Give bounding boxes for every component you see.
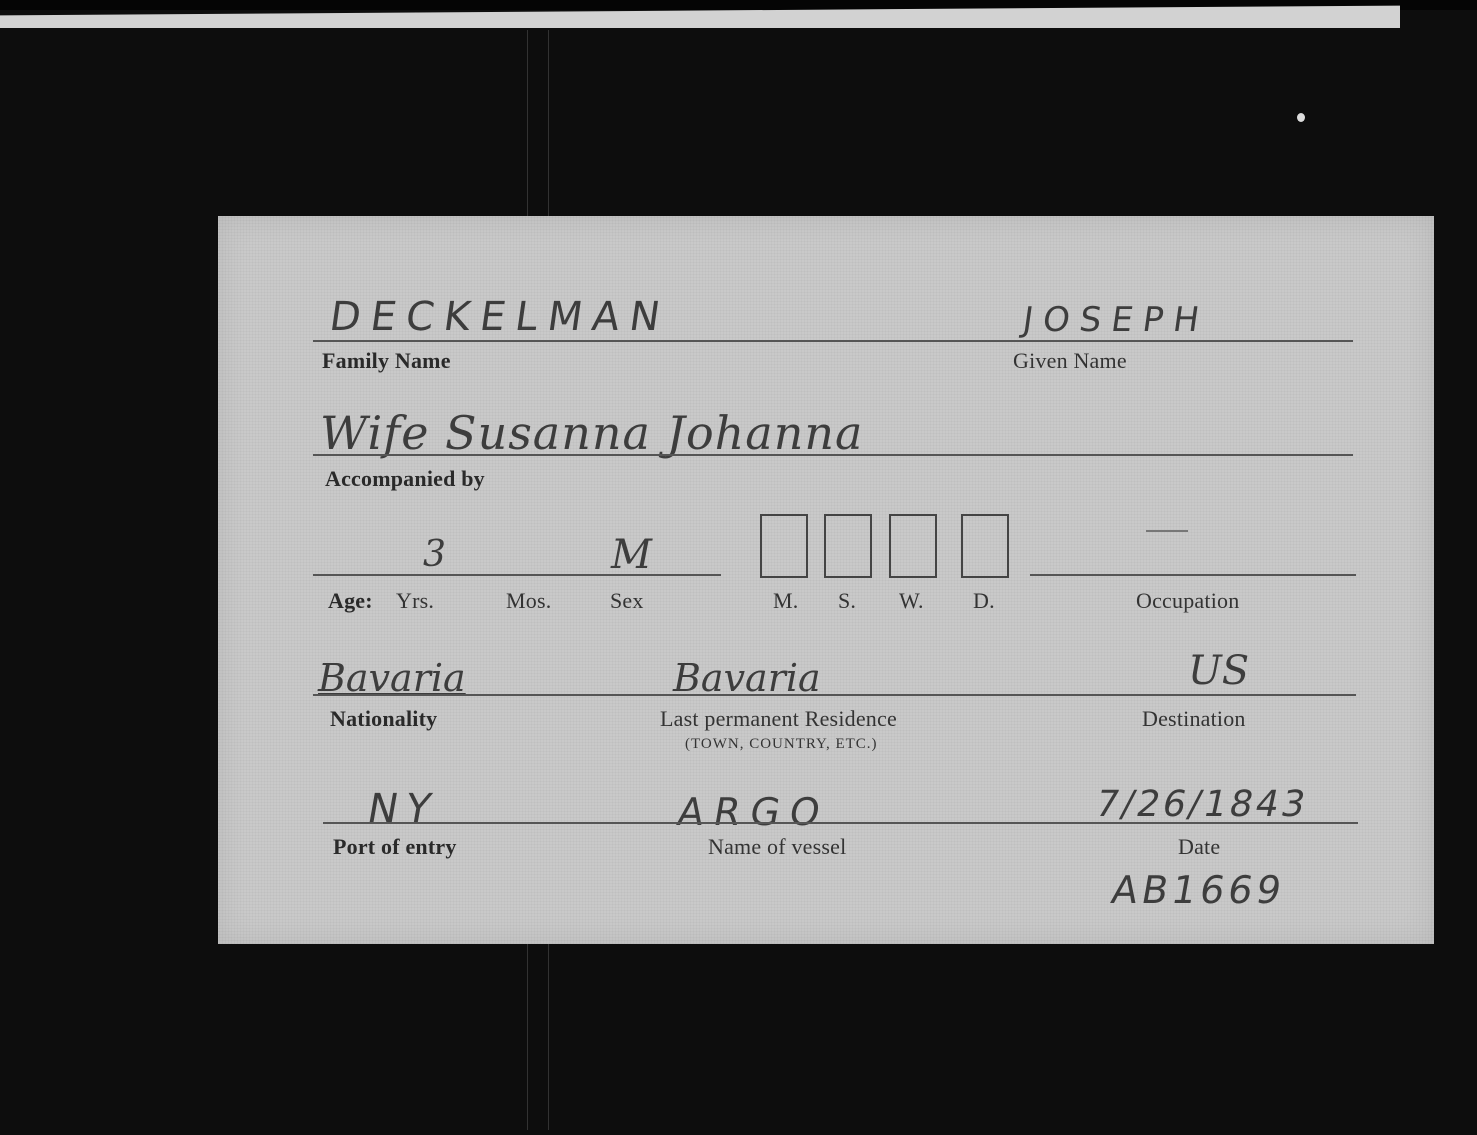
sex-label: Sex [610,588,644,614]
port-of-entry-value: NY [364,786,442,832]
port-of-entry-label: Port of entry [333,834,457,860]
age-months-label: Mos. [506,588,551,614]
last-residence-sublabel: (TOWN, COUNTRY, ETC.) [685,736,878,753]
age-years-label: Yrs. [396,588,434,614]
destination-label: Destination [1142,706,1246,732]
occupation-value-dash [1146,530,1188,532]
accompanied-rule [313,454,1353,456]
sex-value: M [611,532,652,578]
marital-divorced-box[interactable] [961,514,1009,578]
date-label: Date [1178,834,1220,860]
nationality-label: Nationality [330,706,437,732]
marital-single-label: S. [838,588,856,614]
given-name-value: JOSEPH [1020,300,1212,340]
vessel-label: Name of vessel [708,834,846,860]
destination-value: US [1188,648,1249,694]
occupation-label: Occupation [1136,588,1239,614]
residence-rule [313,694,1356,696]
vessel-value: ARGO [674,790,834,834]
date-value: 7/26/1843 [1092,784,1312,825]
family-name-value: DECKELMAN [327,294,673,340]
marital-married-box[interactable] [760,514,808,578]
age-years-value: 3 [423,534,446,575]
entry-rule [323,822,1358,824]
family-name-label: Family Name [322,348,451,374]
occupation-rule [1030,574,1356,576]
film-speck [1297,113,1305,122]
name-rule [313,340,1353,342]
marital-single-box[interactable] [824,514,872,578]
age-sex-rule [313,574,721,576]
marital-widowed-box[interactable] [889,514,937,578]
immigration-index-card: DECKELMAN JOSEPH Family Name Given Name … [218,216,1434,944]
marital-married-label: M. [773,588,798,614]
reference-number: AB1669 [1108,868,1289,912]
given-name-label: Given Name [1013,348,1127,374]
marital-widowed-label: W. [899,588,924,614]
accompanied-by-value: Wife Susanna Johanna [320,406,863,460]
marital-divorced-label: D. [973,588,995,614]
age-label: Age: [328,588,373,614]
last-residence-label: Last permanent Residence [660,706,897,732]
accompanied-by-label: Accompanied by [325,466,485,492]
